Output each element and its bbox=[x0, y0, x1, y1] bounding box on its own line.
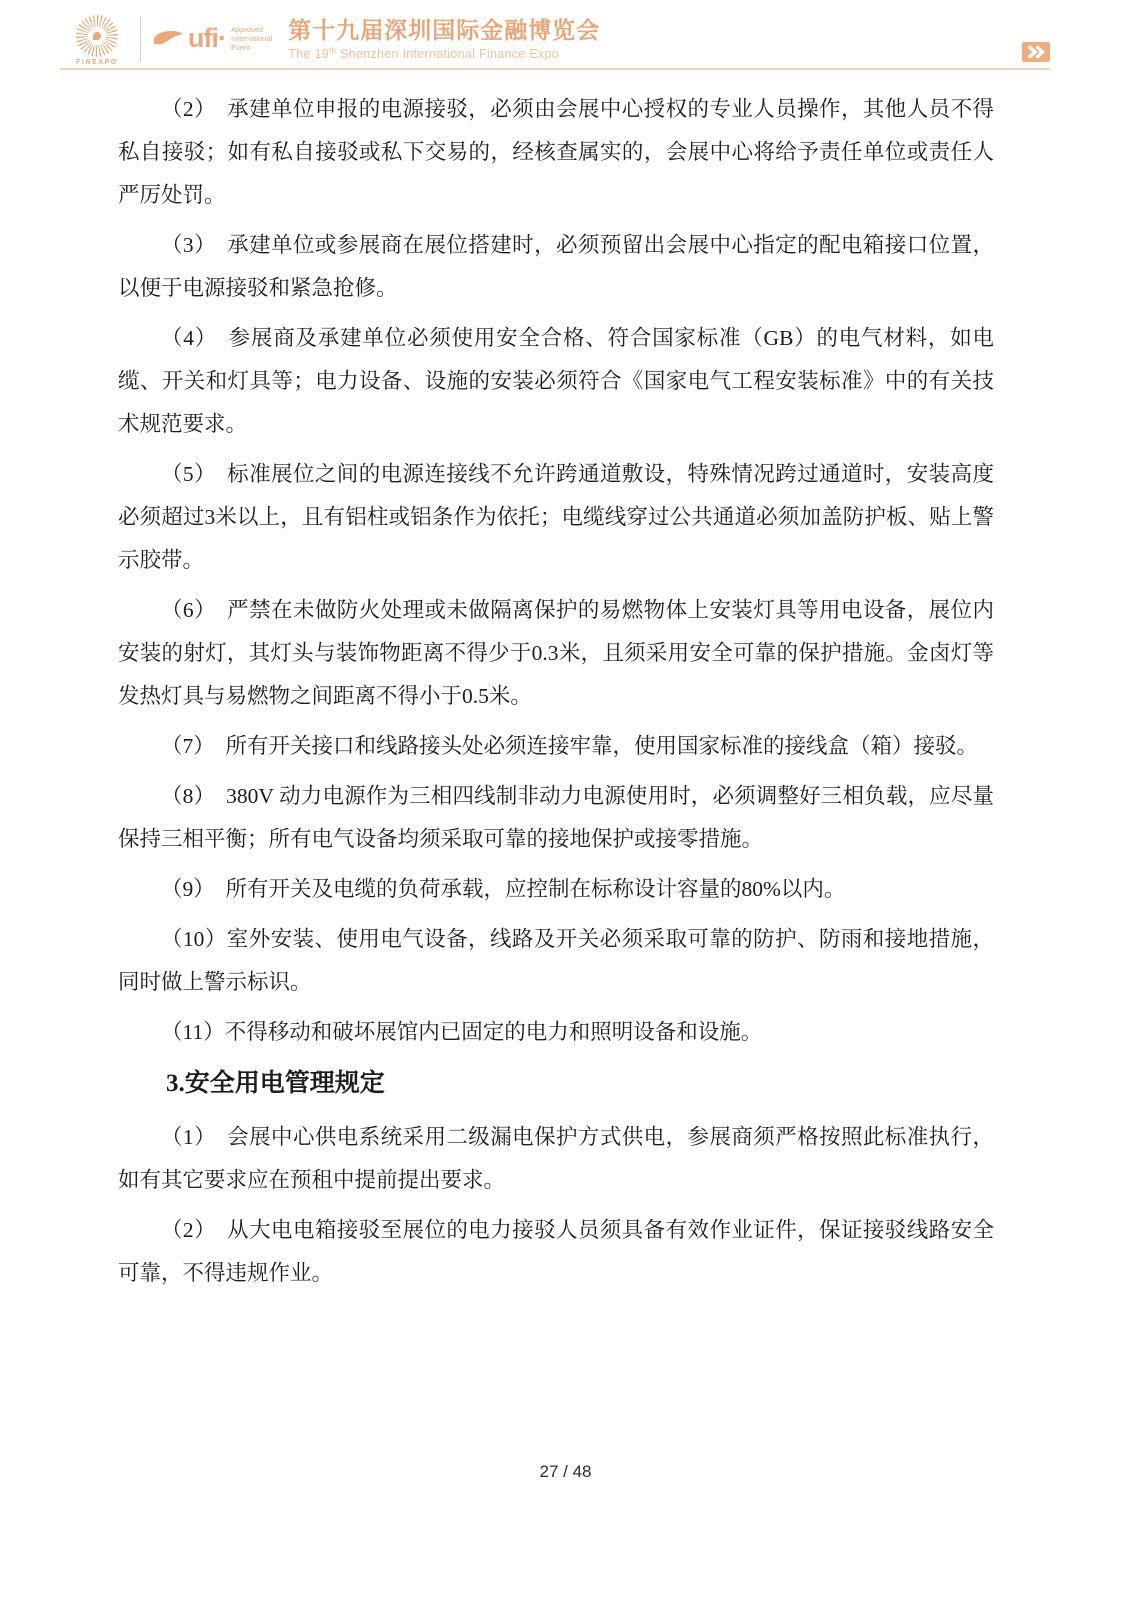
document-paragraph: （3） 承建单位或参展商在展位搭建时，必须预留出会展中心指定的配电箱接口位置，以… bbox=[118, 224, 994, 310]
expo-title-block: 第十九届深圳国际金融博览会 The 19th Shenzhen Internat… bbox=[288, 18, 600, 60]
document-paragraph: （9） 所有开关及电缆的负荷承载，应控制在标称设计容量的80%以内。 bbox=[118, 868, 994, 911]
document-paragraph: （2） 承建单位申报的电源接驳，必须由会展中心授权的专业人员操作，其他人员不得私… bbox=[118, 88, 994, 217]
document-page: { "header": { "finexpo_logo_text": "FINE… bbox=[0, 0, 1131, 1600]
document-paragraph: （10）室外安装、使用电气设备，线路及开关必须采取可靠的防护、防雨和接地措施，同… bbox=[118, 918, 994, 1004]
document-paragraph: （11）不得移动和破坏展馆内已固定的电力和照明设备和设施。 bbox=[118, 1011, 994, 1054]
document-paragraph: （6） 严禁在未做防火处理或未做隔离保护的易燃物体上安装灯具等用电设备，展位内安… bbox=[118, 589, 994, 718]
ufi-approved-line: International bbox=[231, 34, 272, 43]
expo-title-zh: 第十九届深圳国际金融博览会 bbox=[288, 18, 600, 43]
page-number-indicator: 27 / 48 bbox=[540, 1462, 592, 1481]
finexpo-logo-label: FINEXPO bbox=[76, 59, 118, 66]
expo-title-en-rest: Shenzhen International Finance Expo bbox=[336, 47, 559, 61]
document-paragraph: （7） 所有开关接口和线路接头处必须连接牢靠，使用国家标准的接线盒（箱）接驳。 bbox=[118, 725, 994, 768]
ufi-swoosh-icon bbox=[152, 29, 186, 49]
ufi-approved-text: Approved International Event bbox=[231, 25, 272, 52]
page-footer: 27 / 48 bbox=[0, 1462, 1131, 1482]
ufi-logo-label: ufi· bbox=[188, 25, 226, 52]
expo-title-en-prefix: The 19 bbox=[288, 47, 329, 61]
document-paragraph: （4） 参展商及承建单位必须使用安全合格、符合国家标准（GB）的电气材料，如电缆… bbox=[118, 317, 994, 446]
ufi-approved-line: Approved bbox=[231, 25, 263, 34]
ufi-approved-line: Event bbox=[231, 43, 250, 52]
ufi-logo: ufi· Approved International Event bbox=[152, 25, 272, 52]
document-body: （2） 承建单位申报的电源接驳，必须由会展中心授权的专业人员操作，其他人员不得私… bbox=[118, 88, 994, 1302]
document-paragraph: （1） 会展中心供电系统采用二级漏电保护方式供电，参展商须严格按照此标准执行，如… bbox=[118, 1116, 994, 1202]
page-header: FINEXPO ufi· Approved International Even… bbox=[60, 13, 1050, 70]
document-paragraph: （5） 标准展位之间的电源连接线不允许跨通道敷设，特殊情况跨过通道时，安装高度必… bbox=[118, 453, 994, 582]
expo-title-en: The 19th Shenzhen International Finance … bbox=[288, 46, 600, 61]
sunburst-icon bbox=[76, 15, 118, 57]
section-heading: 3.安全用电管理规定 bbox=[118, 1061, 994, 1107]
document-paragraph: （8） 380V 动力电源作为三相四线制非动力电源使用时，必须调整好三相负载，应… bbox=[118, 775, 994, 861]
document-paragraph: （2） 从大电电箱接驳至展位的电力接驳人员须具备有效作业证件，保证接驳线路安全可… bbox=[118, 1209, 994, 1295]
double-chevron-right-icon[interactable] bbox=[1022, 42, 1050, 62]
header-divider bbox=[140, 16, 141, 62]
finexpo-logo: FINEXPO bbox=[60, 15, 134, 66]
